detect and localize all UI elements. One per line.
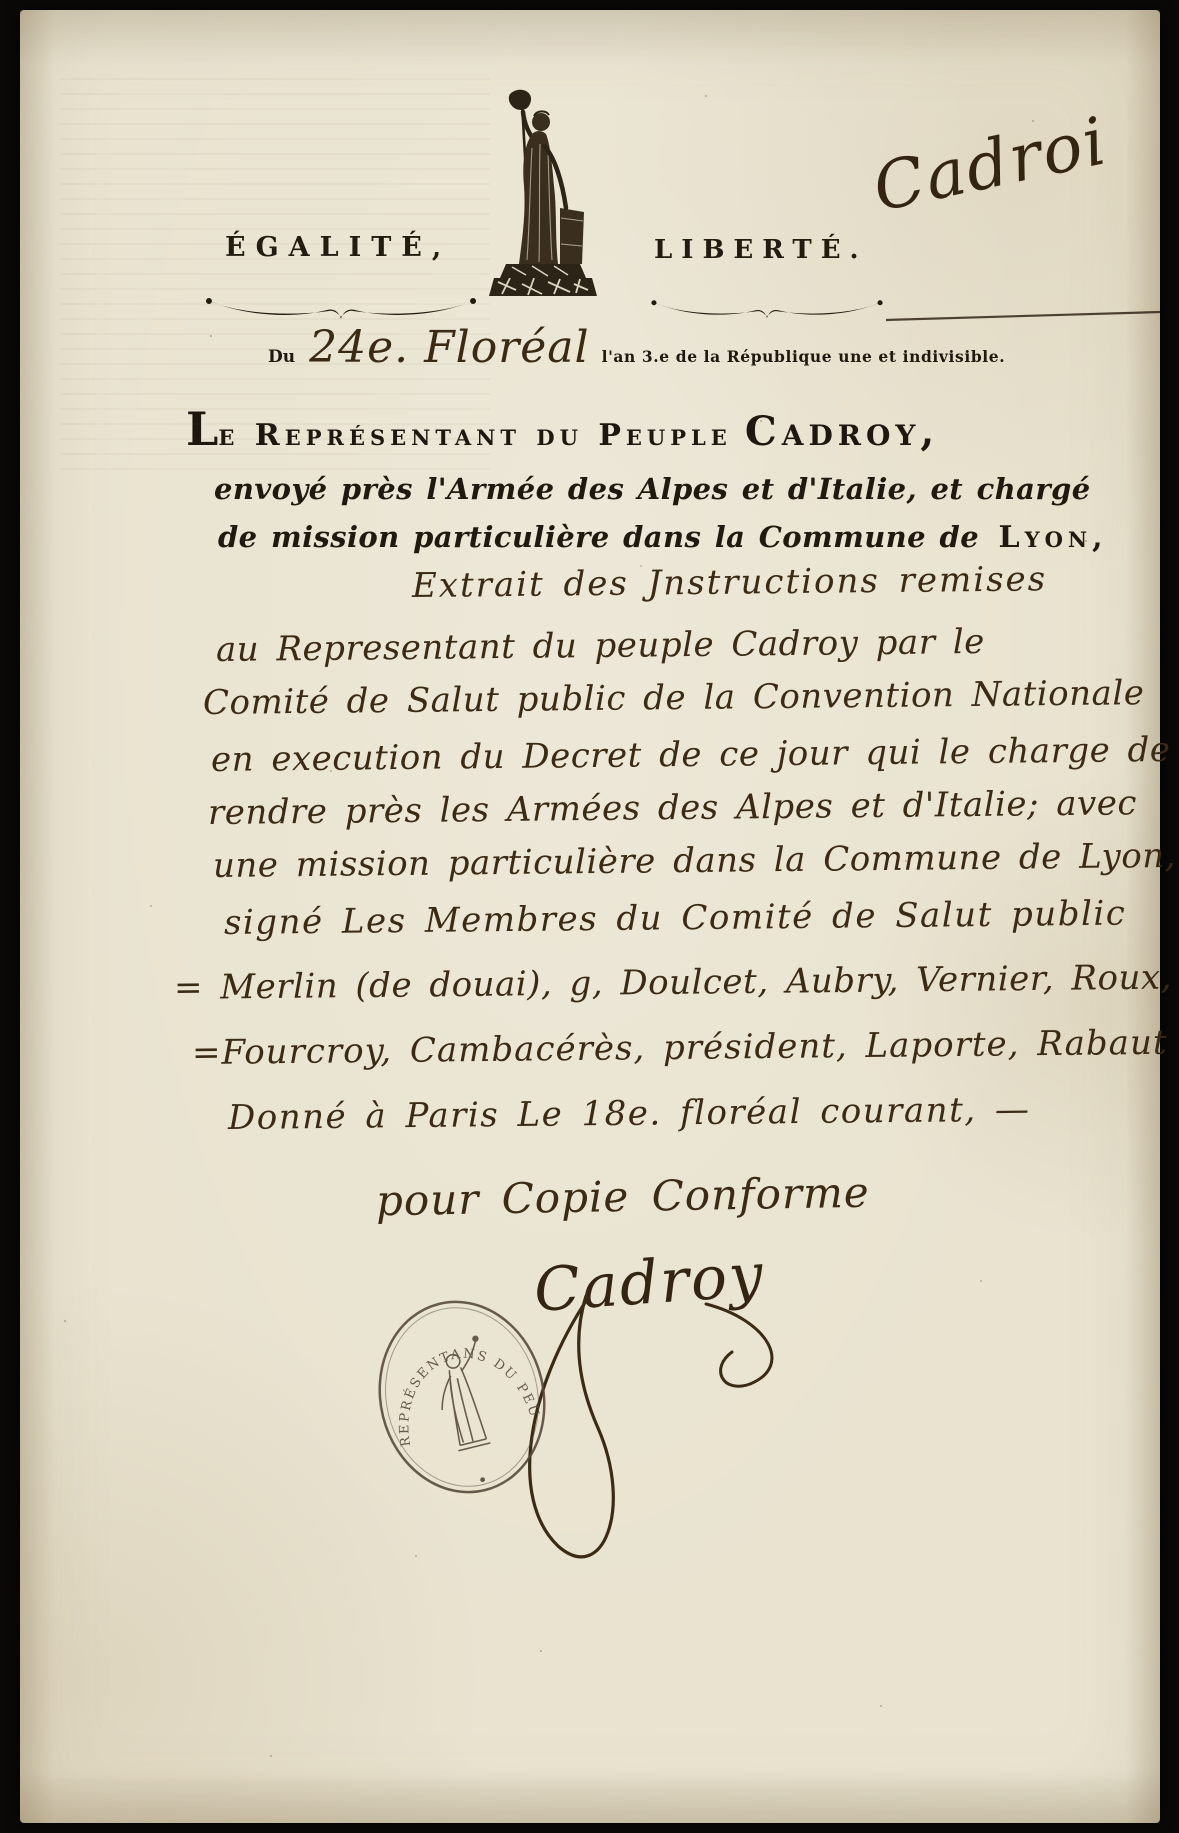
dateline-printed-text: l'an 3.e de la République une et indivis… bbox=[602, 347, 1006, 366]
heading-commune-lyon: Lyon, bbox=[999, 520, 1108, 555]
heading-lead-cap: L bbox=[186, 402, 218, 456]
closing-formula: pour Copie Conforme bbox=[376, 1168, 870, 1226]
manuscript-line-1: Extrait des Jnstructions remises bbox=[412, 559, 1048, 606]
manuscript-line-5: rendre près les Armées des Alpes et d'It… bbox=[208, 783, 1137, 833]
heading-name-cadroy: Cadroy, bbox=[745, 408, 939, 455]
manuscript-line-9: =Fourcroy, Cambacérès, président, Laport… bbox=[192, 1023, 1168, 1073]
dateline-prefix: Du bbox=[268, 347, 295, 367]
manuscript-line-2: au Representant du peuple Cadroy par le bbox=[216, 622, 985, 670]
statue-column bbox=[560, 208, 584, 264]
heading-line-3: de mission particulière dans la Commune … bbox=[218, 520, 1108, 555]
flourish-ornament-right bbox=[648, 289, 886, 325]
heading-line-3-text: de mission particulière dans la Commune … bbox=[218, 520, 979, 554]
stamp-legend-text: REPRÉSENTANS DU PEUPLE FRANÇAIS bbox=[370, 1286, 542, 1458]
manuscript-line-6: une mission particulière dans la Commune… bbox=[213, 836, 1176, 886]
document-paper: ÉGALITÉ, LIBERTÉ. Cad bbox=[20, 10, 1160, 1823]
flourish-ornament-left bbox=[202, 286, 480, 326]
statue-base bbox=[489, 264, 597, 296]
manuscript-line-7: signé Les Membres du Comité de Salut pub… bbox=[224, 894, 1127, 943]
motto-egalite: ÉGALITÉ, bbox=[225, 232, 451, 263]
liberty-figure-engraving bbox=[482, 88, 604, 300]
dateline: Du 24e. Floréal l'an 3.e de la Républiqu… bbox=[268, 322, 1005, 373]
paper-specks bbox=[20, 10, 22, 12]
manuscript-line-4: en execution du Decret de ce jour qui le… bbox=[211, 729, 1179, 780]
motto-liberte: LIBERTÉ. bbox=[654, 235, 868, 265]
manuscript-line-3: Comité de Salut public de la Convention … bbox=[203, 673, 1145, 723]
heading-line-2: envoyé près l'Armée des Alpes et d'Itali… bbox=[214, 472, 1091, 506]
manuscript-line-10: Donné à Paris Le 18e. floréal courant, — bbox=[228, 1090, 1031, 1138]
dateline-handwritten-date: 24e. Floréal bbox=[309, 322, 589, 373]
stamp-legend: REPRÉSENTANS DU PEUPLE FRANÇAIS bbox=[370, 1286, 542, 1458]
stamp-bottom-dot bbox=[480, 1477, 486, 1483]
heading-title-text: e Représentant du Peuple bbox=[218, 418, 731, 453]
handwritten-note-cadroi: Cadroi bbox=[867, 102, 1114, 226]
heading-line-1: Le Représentant du Peuple Cadroy, bbox=[186, 402, 939, 456]
liberty-cap-icon bbox=[509, 90, 531, 110]
manuscript-line-8: = Merlin (de douai), g, Doulcet, Aubry, … bbox=[174, 958, 1172, 1008]
official-stamp: REPRÉSENTANS DU PEUPLE FRANÇAIS bbox=[370, 1286, 554, 1508]
statue-figure bbox=[509, 90, 566, 264]
